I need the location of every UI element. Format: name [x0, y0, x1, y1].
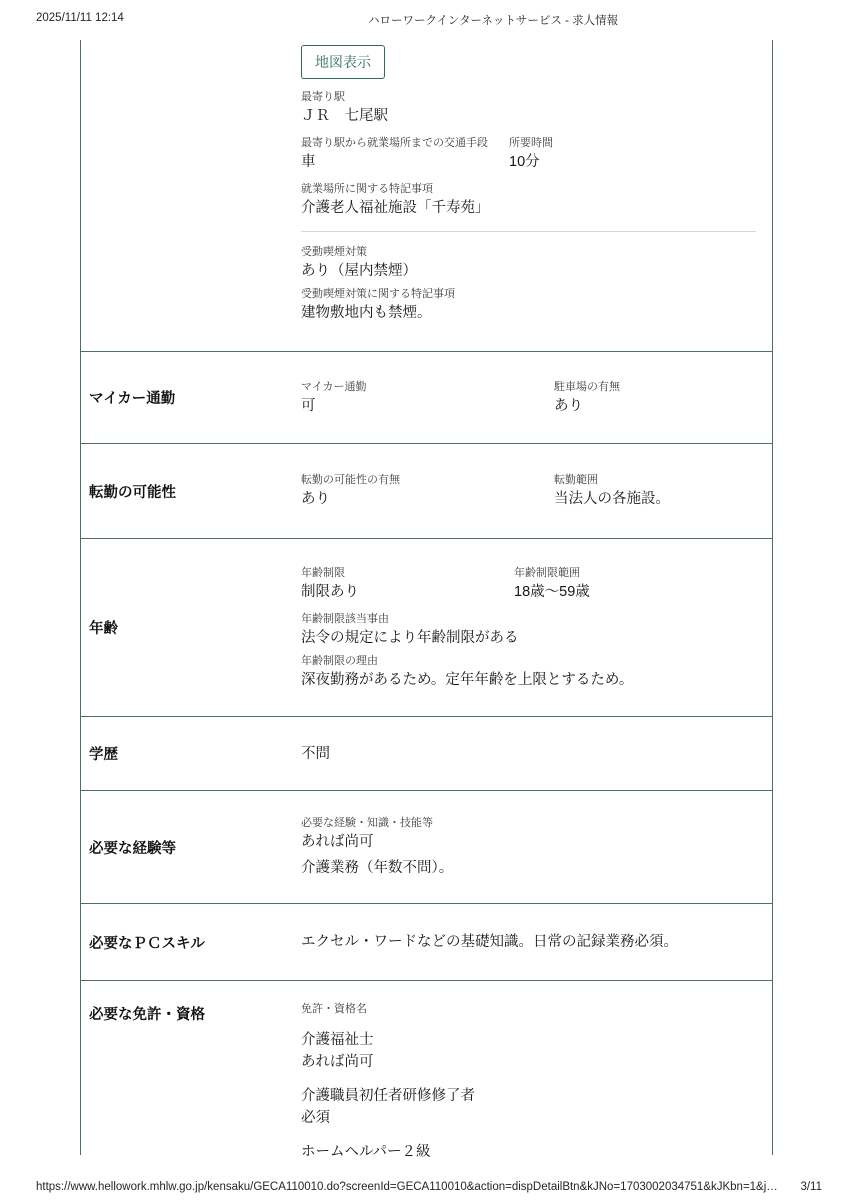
workplace-note-value: 介護老人福祉施設「千寿苑」: [301, 197, 756, 219]
age-restriction-label: 年齢制限: [301, 565, 514, 581]
mycar-content-cell: マイカー通勤 可 駐車場の有無 あり: [301, 379, 772, 417]
print-header-datetime: 2025/11/11 12:14: [36, 12, 124, 24]
smoking-note-label: 受動喫煙対策に関する特記事項: [301, 286, 756, 302]
table-row-pc-skill: 必要なＰＣスキル エクセル・ワードなどの基礎知識。日常の記録業務必須。: [81, 903, 772, 980]
age-content-cell: 年齢制限 制限あり 年齢制限範囲 18歳～59歳 年齢制限該当事由 法令の規定に…: [301, 565, 772, 691]
relocation-range-field: 転勤範囲 当法人の各施設。: [554, 472, 670, 510]
nearest-station-value: ＪＲ 七尾駅: [301, 105, 756, 127]
mycar-allowed-field: マイカー通勤 可: [301, 379, 554, 417]
mycar-allowed-label: マイカー通勤: [301, 379, 554, 395]
row-header-age: 年齢: [81, 617, 301, 638]
relocation-possibility-field: 転勤の可能性の有無 あり: [301, 472, 554, 510]
education-value: 不問: [301, 743, 756, 765]
cell-divider: [301, 231, 756, 232]
print-footer-page-indicator: 3/11: [800, 1181, 822, 1193]
relocation-range-value: 当法人の各施設。: [554, 488, 670, 510]
pc-skill-value: エクセル・ワードなどの基礎知識。日常の記録業務必須。: [301, 931, 756, 953]
table-row-license: 必要な免許・資格 免許・資格名 介護福祉士 あれば尚可 介護職員初任者研修修了者…: [81, 980, 772, 1155]
workplace-note-label: 就業場所に関する特記事項: [301, 181, 756, 197]
row-header-pc-skill: 必要なＰＣスキル: [81, 932, 301, 953]
license-item: 介護福祉士 あれば尚可: [301, 1029, 756, 1073]
experience-line1: あれば尚可: [301, 831, 756, 853]
age-restriction-value: 制限あり: [301, 581, 514, 603]
education-content-cell: 不問: [301, 743, 772, 765]
smoking-policy-label: 受動喫煙対策: [301, 244, 756, 260]
license-item-name: 介護福祉士: [301, 1029, 756, 1051]
table-row-mycar: マイカー通勤 マイカー通勤 可 駐車場の有無 あり: [81, 351, 772, 443]
map-display-button[interactable]: 地図表示: [301, 45, 385, 79]
license-item-name: 介護職員初任者研修修了者: [301, 1085, 756, 1107]
smoking-note-value: 建物敷地内も禁煙。: [301, 302, 756, 324]
age-reason-label: 年齢制限の理由: [301, 653, 756, 669]
row-header-empty: [81, 40, 301, 351]
table-row-relocation: 転勤の可能性 転勤の可能性の有無 あり 転勤範囲 当法人の各施設。: [81, 443, 772, 538]
relocation-range-label: 転勤範囲: [554, 472, 670, 488]
age-range-label: 年齢制限範囲: [514, 565, 590, 581]
age-restriction-field: 年齢制限 制限あり: [301, 565, 514, 603]
travel-time-label: 所要時間: [509, 135, 553, 151]
relocation-possibility-label: 転勤の可能性の有無: [301, 472, 554, 488]
row-header-experience: 必要な経験等: [81, 837, 301, 858]
table-row-workplace-continued: 地図表示 最寄り駅 ＪＲ 七尾駅 最寄り駅から就業場所までの交通手段 所要時間 …: [81, 40, 772, 351]
age-reason-category-value: 法令の規定により年齢制限がある: [301, 627, 756, 649]
print-footer-url: https://www.hellowork.mhlw.go.jp/kensaku…: [36, 1181, 778, 1193]
license-item: ホームヘルパー２級: [301, 1141, 756, 1163]
table-row-age: 年齢 年齢制限 制限あり 年齢制限範囲 18歳～59歳 年齢制限該当事由 法令の…: [81, 538, 772, 716]
license-content-cell: 免許・資格名 介護福祉士 あれば尚可 介護職員初任者研修修了者 必須 ホームヘル…: [301, 981, 772, 1163]
license-name-label: 免許・資格名: [301, 1001, 756, 1017]
mycar-allowed-value: 可: [301, 395, 554, 417]
smoking-policy-value: あり（屋内禁煙）: [301, 260, 756, 282]
row-header-education: 学歴: [81, 743, 301, 764]
experience-content-cell: 必要な経験・知識・技能等 あれば尚可 介護業務（年数不問）。: [301, 815, 772, 879]
print-page: 2025/11/11 12:14 ハローワークインターネットサービス - 求人情…: [0, 0, 848, 1200]
transport-value: 車: [301, 151, 509, 173]
age-reason-value: 深夜勤務があるため。定年年齢を上限とするため。: [301, 669, 756, 691]
pc-skill-content-cell: エクセル・ワードなどの基礎知識。日常の記録業務必須。: [301, 931, 772, 953]
license-item-level: 必須: [301, 1107, 756, 1129]
travel-time-value: 10分: [509, 151, 540, 173]
row-header-relocation: 転勤の可能性: [81, 481, 301, 502]
experience-line2: 介護業務（年数不問）。: [301, 857, 756, 879]
parking-field: 駐車場の有無 あり: [554, 379, 620, 417]
parking-label: 駐車場の有無: [554, 379, 620, 395]
age-reason-category-label: 年齢制限該当事由: [301, 611, 756, 627]
license-item-name: ホームヘルパー２級: [301, 1141, 756, 1163]
license-item: 介護職員初任者研修修了者 必須: [301, 1085, 756, 1129]
relocation-content-cell: 転勤の可能性の有無 あり 転勤範囲 当法人の各施設。: [301, 472, 772, 510]
print-header-title: ハローワークインターネットサービス - 求人情報: [368, 12, 618, 28]
workplace-content-cell: 地図表示 最寄り駅 ＪＲ 七尾駅 最寄り駅から就業場所までの交通手段 所要時間 …: [301, 40, 772, 351]
nearest-station-label: 最寄り駅: [301, 89, 756, 105]
parking-value: あり: [554, 395, 620, 417]
transport-label: 最寄り駅から就業場所までの交通手段: [301, 135, 509, 151]
age-range-value: 18歳～59歳: [514, 581, 590, 603]
row-header-license: 必要な免許・資格: [81, 981, 301, 1024]
row-header-mycar: マイカー通勤: [81, 387, 301, 408]
license-item-level: あれば尚可: [301, 1051, 756, 1073]
relocation-possibility-value: あり: [301, 488, 554, 510]
table-row-education: 学歴 不問: [81, 716, 772, 790]
experience-label: 必要な経験・知識・技能等: [301, 815, 756, 831]
table-row-experience: 必要な経験等 必要な経験・知識・技能等 あれば尚可 介護業務（年数不問）。: [81, 790, 772, 903]
job-detail-table: 地図表示 最寄り駅 ＪＲ 七尾駅 最寄り駅から就業場所までの交通手段 所要時間 …: [80, 40, 773, 1155]
age-range-field: 年齢制限範囲 18歳～59歳: [514, 565, 590, 603]
